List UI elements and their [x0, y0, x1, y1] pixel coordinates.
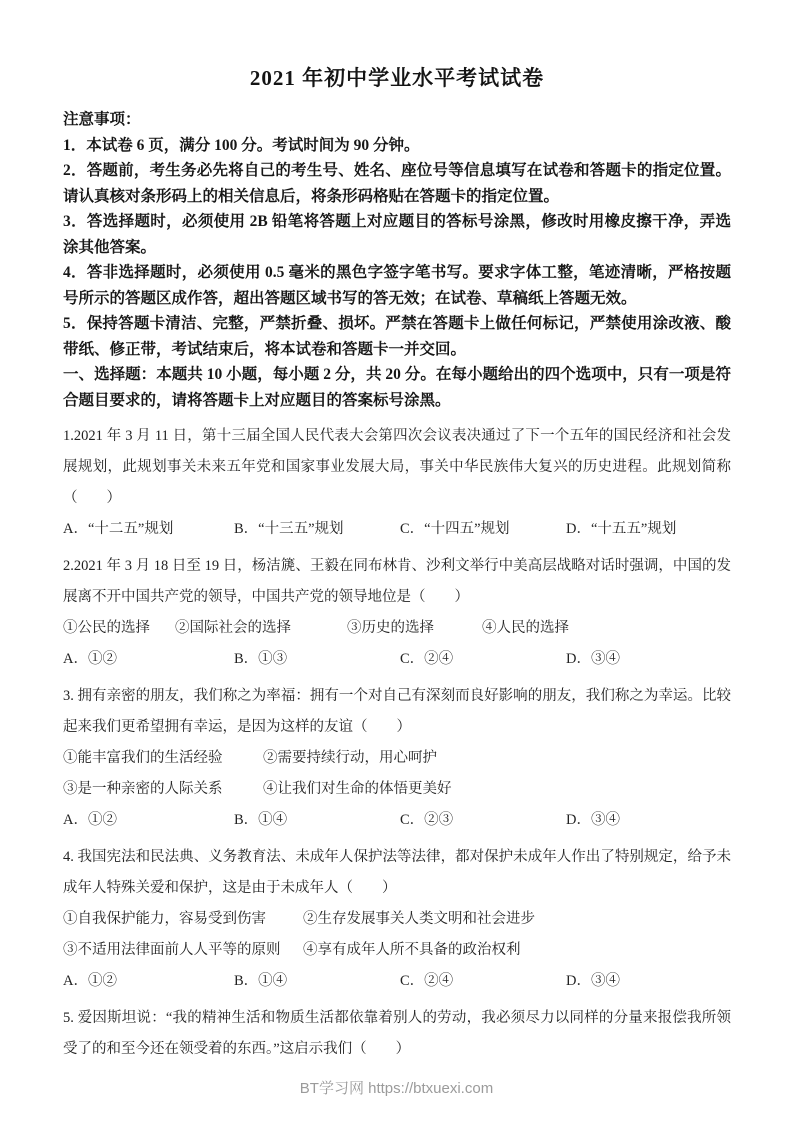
choice-a: A．①② [63, 644, 234, 675]
notice-item-5: 5．保持答题卡清洁、完整，严禁折叠、损坏。严禁在答题卡上做任何标记，严禁使用涂改… [63, 311, 731, 362]
question-3: 3. 拥有亲密的朋友，我们称之为率福：拥有一个对自己有深刻而良好影响的朋友，我们… [63, 681, 731, 836]
question-3-stem: 3. 拥有亲密的朋友，我们称之为率福：拥有一个对自己有深刻而良好影响的朋友，我们… [63, 681, 731, 743]
question-4: 4. 我国宪法和民法典、义务教育法、未成年人保护法等法律，都对保护未成年人作出了… [63, 842, 731, 997]
statement-1: ①能丰富我们的生活经验 [63, 743, 263, 774]
choice-a: A．“十二五”规划 [63, 514, 234, 545]
statement-4: ④人民的选择 [482, 613, 569, 644]
statement-2: ②生存发展事关人类文明和社会进步 [303, 904, 535, 935]
choice-a: A．①② [63, 966, 234, 997]
statement-3: ③是一种亲密的人际关系 [63, 774, 263, 805]
question-1-stem: 1.2021 年 3 月 11 日，第十三届全国人民代表大会第四次会议表决通过了… [63, 421, 731, 514]
statement-1: ①自我保护能力，容易受到伤害 [63, 904, 303, 935]
page-title: 2021 年初中学业水平考试试卷 [63, 62, 731, 92]
choice-b: B．①④ [234, 805, 400, 836]
notice-item-1: 1．本试卷 6 页，满分 100 分。考试时间为 90 分钟。 [63, 133, 731, 159]
question-3-statements-row-2: ③是一种亲密的人际关系 ④让我们对生命的体悟更美好 [63, 774, 731, 805]
question-4-statements-row-1: ①自我保护能力，容易受到伤害 ②生存发展事关人类文明和社会进步 [63, 904, 731, 935]
question-2: 2.2021 年 3 月 18 日至 19 日，杨洁篪、王毅在同布林肯、沙利文举… [63, 551, 731, 675]
question-4-statements-row-2: ③不适用法律面前人人平等的原则 ④享有成年人所不具备的政治权利 [63, 935, 731, 966]
choice-d: D．③④ [566, 644, 620, 675]
statement-2: ②需要持续行动，用心呵护 [263, 743, 437, 774]
question-2-choices: A．①② B．①③ C．②④ D．③④ [63, 644, 731, 675]
choice-b: B．①③ [234, 644, 400, 675]
choice-c: C．②④ [400, 644, 566, 675]
notice-item-4: 4．答非选择题时，必须使用 0.5 毫米的黑色字签字笔书写。要求字体工整，笔迹清… [63, 260, 731, 311]
choice-c: C．②③ [400, 805, 566, 836]
questions-section: 1.2021 年 3 月 11 日，第十三届全国人民代表大会第四次会议表决通过了… [63, 421, 731, 1065]
watermark-site-credit: BT学习网 https://btxuexi.com [0, 1077, 793, 1098]
question-2-statements: ①公民的选择 ②国际社会的选择 ③历史的选择 ④人民的选择 [63, 613, 731, 644]
choice-a: A．①② [63, 805, 234, 836]
question-1: 1.2021 年 3 月 11 日，第十三届全国人民代表大会第四次会议表决通过了… [63, 421, 731, 545]
choice-d: D．③④ [566, 805, 620, 836]
choice-c: C．“十四五”规划 [400, 514, 566, 545]
statement-4: ④享有成年人所不具备的政治权利 [303, 935, 521, 966]
choice-d: D．“十五五”规划 [566, 514, 676, 545]
choice-b: B．“十三五”规划 [234, 514, 400, 545]
choice-d: D．③④ [566, 966, 620, 997]
question-5-stem: 5. 爱因斯坦说：“我的精神生活和物质生活都依靠着别人的劳动，我必须尽力以同样的… [63, 1003, 731, 1065]
notice-item-2: 2．答题前，考生务必先将自己的考生号、姓名、座位号等信息填写在试卷和答题卡的指定… [63, 158, 731, 209]
statement-3: ③历史的选择 [347, 613, 482, 644]
notice-item-3: 3．答选择题时，必须使用 2B 铅笔将答题上对应题目的答标号涂黑，修改时用橡皮擦… [63, 209, 731, 260]
question-3-choices: A．①② B．①④ C．②③ D．③④ [63, 805, 731, 836]
statement-2: ②国际社会的选择 [175, 613, 347, 644]
question-4-stem: 4. 我国宪法和民法典、义务教育法、未成年人保护法等法律，都对保护未成年人作出了… [63, 842, 731, 904]
notices-section: 注意事项： 1．本试卷 6 页，满分 100 分。考试时间为 90 分钟。 2．… [63, 107, 731, 413]
question-1-choices: A．“十二五”规划 B．“十三五”规划 C．“十四五”规划 D．“十五五”规划 [63, 514, 731, 545]
choice-c: C．②④ [400, 966, 566, 997]
statement-4: ④让我们对生命的体悟更美好 [263, 774, 452, 805]
question-3-statements-row-1: ①能丰富我们的生活经验 ②需要持续行动，用心呵护 [63, 743, 731, 774]
question-2-stem: 2.2021 年 3 月 18 日至 19 日，杨洁篪、王毅在同布林肯、沙利文举… [63, 551, 731, 613]
question-5: 5. 爱因斯坦说：“我的精神生活和物质生活都依靠着别人的劳动，我必须尽力以同样的… [63, 1003, 731, 1065]
question-4-choices: A．①② B．①④ C．②④ D．③④ [63, 966, 731, 997]
choice-b: B．①④ [234, 966, 400, 997]
notices-heading: 注意事项： [63, 107, 731, 133]
exam-paper-page: 2021 年初中学业水平考试试卷 注意事项： 1．本试卷 6 页，满分 100 … [0, 0, 793, 1122]
statement-1: ①公民的选择 [63, 613, 175, 644]
section-heading-multiple-choice: 一、选择题：本题共 10 小题，每小题 2 分，共 20 分。在每小题给出的四个… [63, 362, 731, 413]
statement-3: ③不适用法律面前人人平等的原则 [63, 935, 303, 966]
